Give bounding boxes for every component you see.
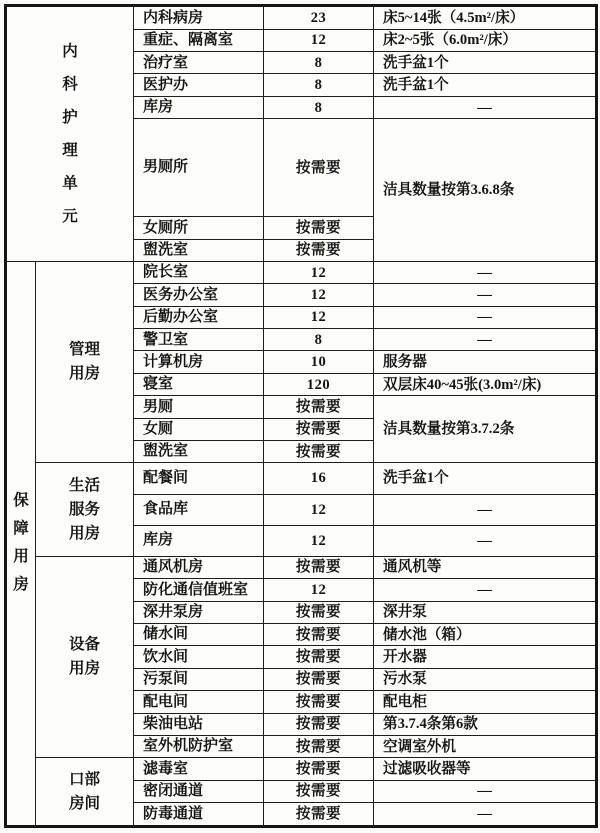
quantity-cell: 按需要 <box>264 668 374 690</box>
quantity-cell: 按需要 <box>264 418 374 440</box>
quantity-cell: 12 <box>264 525 374 556</box>
note-cell: 服务器 <box>374 351 597 373</box>
quantity-cell: 8 <box>264 96 374 118</box>
quantity-cell: 按需要 <box>264 735 374 757</box>
room-name-cell: 防化通信值班室 <box>134 579 264 601</box>
room-name-cell: 女厕 <box>134 418 264 440</box>
quantity-cell: 12 <box>264 306 374 328</box>
note-cell: 洗手盆1个 <box>374 52 597 74</box>
room-name-cell: 滤毒室 <box>134 758 264 780</box>
room-name-cell: 寝室 <box>134 373 264 395</box>
room-name-cell: 库房 <box>134 525 264 556</box>
room-name-cell: 污泵间 <box>134 668 264 690</box>
group-cell-neike: 内科护理单元 <box>6 6 134 262</box>
note-cell: — <box>374 306 597 328</box>
room-name-cell: 储水间 <box>134 623 264 645</box>
quantity-cell: 12 <box>264 29 374 51</box>
subgroup-cell-entrance: 口部房间 <box>36 758 134 827</box>
room-name-cell: 盥洗室 <box>134 239 264 261</box>
room-name-cell: 院长室 <box>134 261 264 283</box>
room-name-cell: 防毒通道 <box>134 803 264 827</box>
note-cell: — <box>374 579 597 601</box>
quantity-cell: 16 <box>264 463 374 494</box>
room-name-cell: 室外机防护室 <box>134 735 264 757</box>
subgroup-label: 设备用房 <box>68 633 101 681</box>
quantity-cell: 8 <box>264 74 374 96</box>
room-name-cell: 密闭通道 <box>134 780 264 802</box>
quantity-cell: 12 <box>264 494 374 525</box>
note-cell: 开水器 <box>374 646 597 668</box>
room-name-cell: 库房 <box>134 96 264 118</box>
group-cell-baozhang: 保障用房 <box>6 261 36 826</box>
subgroup-cell-equipment: 设备用房 <box>36 556 134 758</box>
room-area-table: 内科护理单元 内科病房 23 床5~14张（4.5m²/床） 重症、隔离室 12… <box>4 4 598 828</box>
note-cell: 深井泵 <box>374 601 597 623</box>
note-cell: 空调室外机 <box>374 735 597 757</box>
room-name-cell: 男厕 <box>134 396 264 418</box>
subgroup-label: 口部房间 <box>68 768 101 816</box>
note-cell: 床5~14张（4.5m²/床） <box>374 6 597 30</box>
group-label: 内科护理单元 <box>62 35 79 233</box>
quantity-cell: 10 <box>264 351 374 373</box>
note-cell: 双层床40~45张(3.0m²/床) <box>374 373 597 395</box>
room-name-cell: 计算机房 <box>134 351 264 373</box>
subgroup-cell-management: 管理用房 <box>36 261 134 463</box>
quantity-cell: 12 <box>264 261 374 283</box>
room-name-cell: 后勤办公室 <box>134 306 264 328</box>
quantity-cell: 按需要 <box>264 780 374 802</box>
note-cell: — <box>374 803 597 827</box>
quantity-cell: 12 <box>264 579 374 601</box>
quantity-cell: 12 <box>264 284 374 306</box>
room-name-cell: 配电间 <box>134 691 264 713</box>
room-name-cell: 医护办 <box>134 74 264 96</box>
note-cell: 床2~5张（6.0m²/床） <box>374 29 597 51</box>
note-cell: — <box>374 329 597 351</box>
note-cell: — <box>374 494 597 525</box>
quantity-cell: 按需要 <box>264 713 374 735</box>
note-cell: — <box>374 261 597 283</box>
note-cell: 第3.7.4条第6款 <box>374 713 597 735</box>
note-cell-merged: 洁具数量按第3.7.2条 <box>374 396 597 463</box>
room-name-cell: 男厕所 <box>134 119 264 217</box>
quantity-cell: 按需要 <box>264 691 374 713</box>
quantity-cell: 按需要 <box>264 441 374 463</box>
quantity-cell: 按需要 <box>264 119 374 217</box>
group-label: 保障用房 <box>13 487 30 599</box>
note-cell: 储水池（箱） <box>374 623 597 645</box>
quantity-cell: 8 <box>264 52 374 74</box>
quantity-cell: 按需要 <box>264 239 374 261</box>
room-name-cell: 盥洗室 <box>134 441 264 463</box>
note-cell: — <box>374 96 597 118</box>
note-cell: 洗手盆1个 <box>374 74 597 96</box>
quantity-cell: 按需要 <box>264 646 374 668</box>
note-cell: 洗手盆1个 <box>374 463 597 494</box>
subgroup-cell-life-service: 生活服务用房 <box>36 463 134 556</box>
note-cell: 污水泵 <box>374 668 597 690</box>
table-row: 口部房间 滤毒室 按需要 过滤吸收器等 <box>6 758 597 780</box>
quantity-cell: 按需要 <box>264 217 374 239</box>
quantity-cell: 8 <box>264 329 374 351</box>
table-row: 保障用房 管理用房 院长室 12 — <box>6 261 597 283</box>
quantity-cell: 23 <box>264 6 374 30</box>
subgroup-label: 生活服务用房 <box>68 474 101 546</box>
table-row: 设备用房 通风机房 按需要 通风机等 <box>6 556 597 578</box>
room-name-cell: 内科病房 <box>134 6 264 30</box>
room-name-cell: 女厕所 <box>134 217 264 239</box>
note-cell: 配电柜 <box>374 691 597 713</box>
subgroup-label: 管理用房 <box>68 338 101 386</box>
room-name-cell: 柴油电站 <box>134 713 264 735</box>
note-cell: — <box>374 284 597 306</box>
room-name-cell: 配餐间 <box>134 463 264 494</box>
room-name-cell: 重症、隔离室 <box>134 29 264 51</box>
room-name-cell: 饮水间 <box>134 646 264 668</box>
quantity-cell: 按需要 <box>264 803 374 827</box>
room-name-cell: 食品库 <box>134 494 264 525</box>
note-cell: 过滤吸收器等 <box>374 758 597 780</box>
quantity-cell: 按需要 <box>264 601 374 623</box>
quantity-cell: 按需要 <box>264 556 374 578</box>
room-name-cell: 医务办公室 <box>134 284 264 306</box>
note-cell-merged: 洁具数量按第3.6.8条 <box>374 119 597 262</box>
quantity-cell: 按需要 <box>264 623 374 645</box>
quantity-cell: 120 <box>264 373 374 395</box>
table-row: 内科护理单元 内科病房 23 床5~14张（4.5m²/床） <box>6 6 597 30</box>
room-name-cell: 警卫室 <box>134 329 264 351</box>
specification-table: 内科护理单元 内科病房 23 床5~14张（4.5m²/床） 重症、隔离室 12… <box>4 4 598 828</box>
room-name-cell: 治疗室 <box>134 52 264 74</box>
note-cell: — <box>374 780 597 802</box>
note-cell: 通风机等 <box>374 556 597 578</box>
quantity-cell: 按需要 <box>264 396 374 418</box>
quantity-cell: 按需要 <box>264 758 374 780</box>
note-cell: — <box>374 525 597 556</box>
room-name-cell: 通风机房 <box>134 556 264 578</box>
table-row: 生活服务用房 配餐间 16 洗手盆1个 <box>6 463 597 494</box>
room-name-cell: 深井泵房 <box>134 601 264 623</box>
